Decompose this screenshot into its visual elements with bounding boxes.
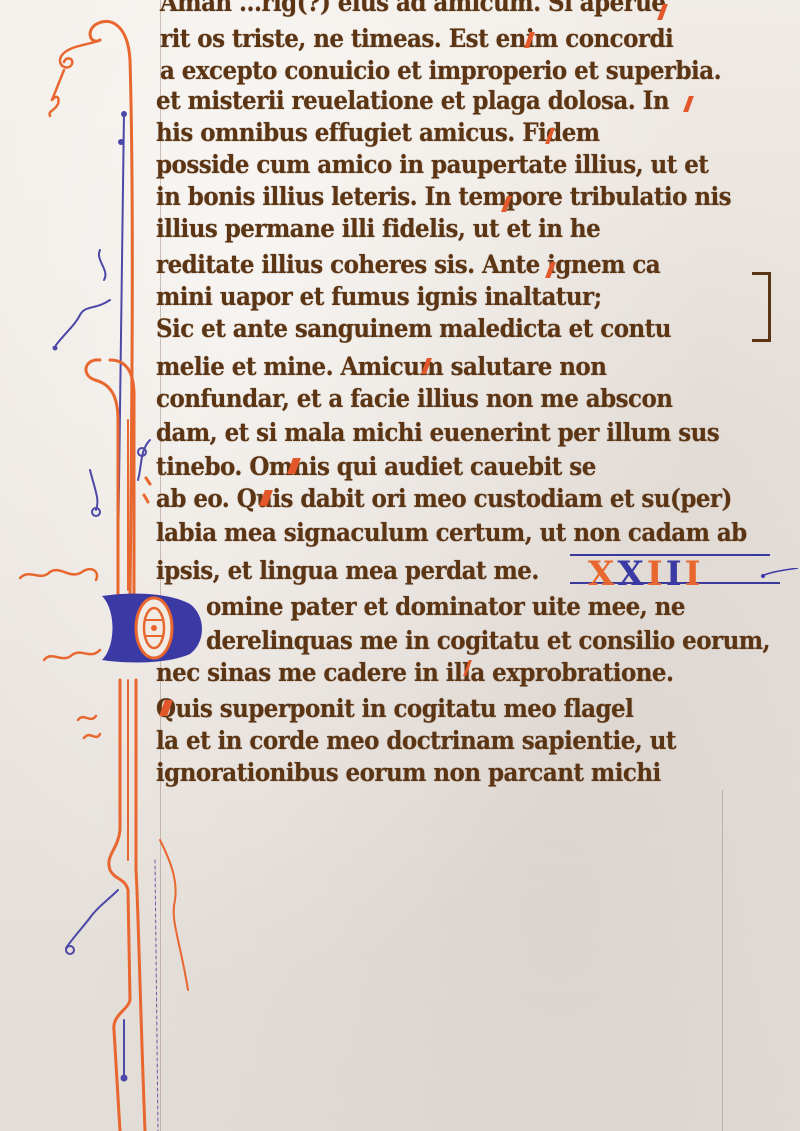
text-line-8: illius permane illi fidelis, ut et in he bbox=[156, 214, 600, 244]
text-line-12: melie et mine. Amicum salutare non bbox=[156, 352, 606, 382]
text-line-18: ipsis, et lingua mea perdat me. bbox=[156, 556, 539, 586]
text-line-7: in bonis illius leteris. In tempore trib… bbox=[156, 182, 731, 212]
margin-bracket bbox=[752, 272, 771, 342]
text-line-3: a excepto conuicio et improperio et supe… bbox=[160, 56, 721, 86]
text-line-2: rit os triste, ne timeas. Est enim conco… bbox=[160, 24, 673, 54]
text-line-9: reditate illius coheres sis. Ante ignem … bbox=[156, 250, 660, 280]
text-line-17: labia mea signaculum certum, ut non cada… bbox=[156, 518, 747, 548]
text-line-20: derelinquas me in cogitatu et consilio e… bbox=[206, 626, 770, 656]
chapter-numeral: XXIII bbox=[588, 554, 704, 594]
text-line-16: ab eo. Quis dabit ori meo custodiam et s… bbox=[156, 484, 732, 514]
illuminated-initial-d: D bbox=[98, 590, 206, 665]
text-line-6: posside cum amico in paupertate illius, … bbox=[156, 150, 708, 180]
text-line-1: Aman ...rig(?) eius ad amicum. Si aperue bbox=[160, 0, 665, 18]
chapter-flourish bbox=[760, 568, 800, 578]
text-line-22: Quis superponit in cogitatu meo flagel bbox=[156, 694, 633, 724]
text-line-14: dam, et si mala michi euenerint per illu… bbox=[156, 418, 719, 448]
text-line-11: Sic et ante sanguinem maledicta et contu bbox=[156, 314, 671, 344]
text-line-4: et misterii reuelatione et plaga dolosa.… bbox=[156, 86, 669, 116]
ruling-line-right bbox=[722, 790, 723, 1131]
text-line-5: his omnibus effugiet amicus. Fidem bbox=[156, 118, 600, 148]
text-line-24: ignorationibus eorum non parcant michi bbox=[156, 758, 661, 788]
text-line-13: confundar, et a facie illius non me absc… bbox=[156, 384, 672, 414]
text-line-15: tinebo. Omnis qui audiet cauebit se bbox=[156, 452, 596, 482]
initial-letter-glyph: D bbox=[98, 590, 99, 591]
text-line-19: omine pater et dominator uite mee, ne bbox=[206, 592, 685, 622]
text-line-21: nec sinas me cadere in illa exprobration… bbox=[156, 658, 673, 688]
chapter-number-xxiii: XXIII bbox=[570, 552, 790, 588]
text-line-10: mini uapor et fumus ignis inaltatur; bbox=[156, 282, 602, 312]
text-line-23: la et in corde meo doctrinam sapientie, … bbox=[156, 726, 676, 756]
